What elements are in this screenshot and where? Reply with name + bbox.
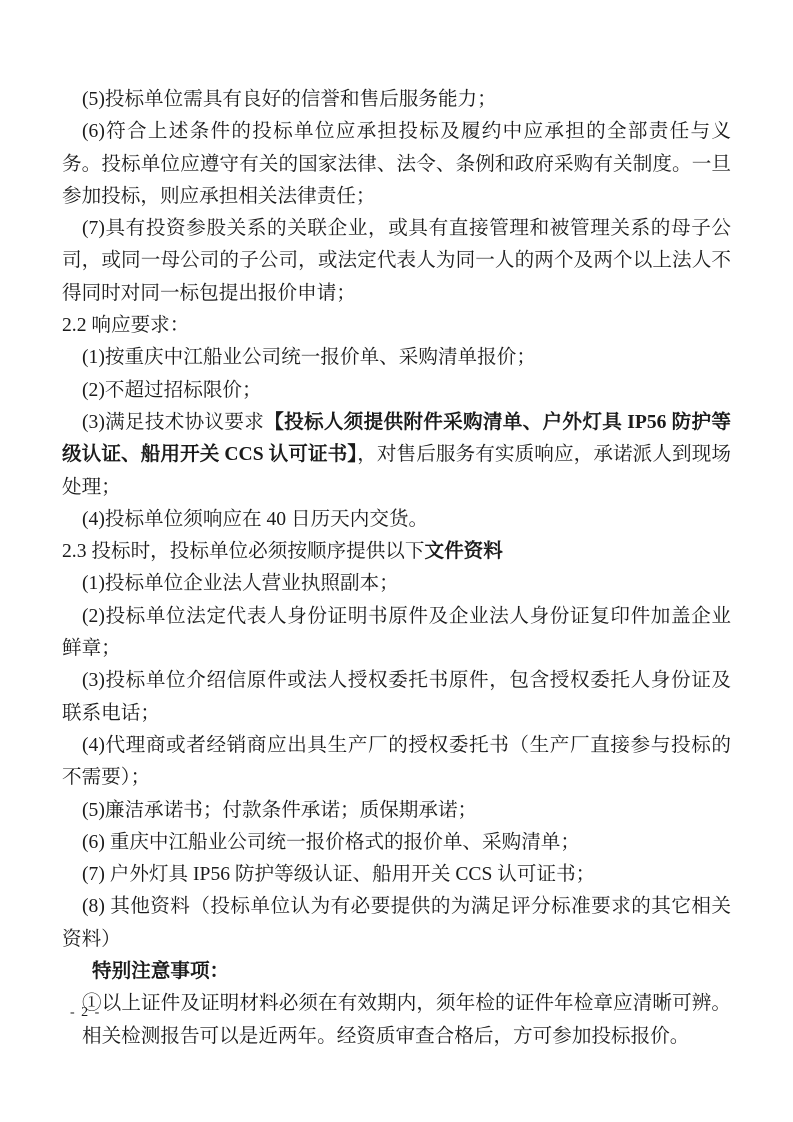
- text-run: (4)代理商或者经销商应出具生产厂的授权委托书（生产厂直接参与投标的不需要）；: [62, 735, 731, 788]
- paragraph: 2.3 投标时，投标单位必须按顺序提供以下文件资料: [62, 536, 731, 568]
- text-run: (7) 户外灯具 IP56 防护等级认证、船用开关 CCS 认可证书；: [82, 864, 595, 885]
- text-run: (6)符合上述条件的投标单位应承担投标及履约中应承担的全部责任与义务。投标单位应…: [62, 121, 731, 207]
- paragraph: (6) 重庆中江船业公司统一报价格式的报价单、采购清单；: [62, 827, 731, 859]
- paragraph: (2)投标单位法定代表人身份证明书原件及企业法人身份证复印件加盖企业鲜章；: [62, 601, 731, 666]
- text-run: (5)投标单位需具有良好的信誉和售后服务能力；: [82, 89, 497, 110]
- bold-text-run: 文件资料: [424, 541, 502, 562]
- bold-text-run: 特别注意事项：: [92, 961, 229, 982]
- paragraph: (5)投标单位需具有良好的信誉和售后服务能力；: [62, 84, 731, 116]
- paragraph: (7) 户外灯具 IP56 防护等级认证、船用开关 CCS 认可证书；: [62, 859, 731, 891]
- paragraph: (4)投标单位须响应在 40 日历天内交货。: [62, 504, 731, 536]
- paragraph: (1)投标单位企业法人营业执照副本；: [62, 568, 731, 600]
- text-run: 2.3 投标时，投标单位必须按顺序提供以下: [62, 541, 424, 562]
- text-run: (7)具有投资参股关系的关联企业，或具有直接管理和被管理关系的母子公司，或同一母…: [62, 218, 731, 304]
- paragraph: ①以上证件及证明材料必须在有效期内，须年检的证件年检章应清晰可辨。相关检测报告可…: [62, 988, 731, 1053]
- paragraph: 特别注意事项：: [62, 956, 731, 988]
- paragraph: (4)代理商或者经销商应出具生产厂的授权委托书（生产厂直接参与投标的不需要）；: [62, 730, 731, 795]
- paragraph: (3)满足技术协议要求【投标人须提供附件采购清单、户外灯具 IP56 防护等级认…: [62, 407, 731, 504]
- text-run: (6) 重庆中江船业公司统一报价格式的报价单、采购清单；: [82, 832, 580, 853]
- page-number: - 2 -: [70, 1004, 101, 1022]
- text-run: (2)不超过招标限价；: [82, 380, 262, 401]
- paragraph: 2.2 响应要求：: [62, 310, 731, 342]
- text-run: (1)按重庆中江船业公司统一报价单、采购清单报价；: [82, 347, 536, 368]
- paragraph: (6)符合上述条件的投标单位应承担投标及履约中应承担的全部责任与义务。投标单位应…: [62, 116, 731, 213]
- paragraph: (7)具有投资参股关系的关联企业，或具有直接管理和被管理关系的母子公司，或同一母…: [62, 213, 731, 310]
- text-run: (3)满足技术协议要求: [82, 412, 264, 433]
- paragraph: (2)不超过招标限价；: [62, 375, 731, 407]
- text-run: (2)投标单位法定代表人身份证明书原件及企业法人身份证复印件加盖企业鲜章；: [62, 606, 731, 659]
- text-run: (5)廉洁承诺书；付款条件承诺；质保期承诺；: [82, 800, 477, 821]
- document-body: (5)投标单位需具有良好的信誉和售后服务能力；(6)符合上述条件的投标单位应承担…: [62, 84, 731, 1053]
- text-run: (4)投标单位须响应在 40 日历天内交货。: [82, 509, 428, 530]
- document-page: (5)投标单位需具有良好的信誉和售后服务能力；(6)符合上述条件的投标单位应承担…: [0, 0, 793, 1122]
- paragraph: (1)按重庆中江船业公司统一报价单、采购清单报价；: [62, 342, 731, 374]
- paragraph: (5)廉洁承诺书；付款条件承诺；质保期承诺；: [62, 795, 731, 827]
- text-run: (3)投标单位介绍信原件或法人授权委托书原件，包含授权委托人身份证及联系电话；: [62, 670, 731, 723]
- paragraph: (3)投标单位介绍信原件或法人授权委托书原件，包含授权委托人身份证及联系电话；: [62, 665, 731, 730]
- text-run: (8) 其他资料（投标单位认为有必要提供的为满足评分标准要求的其它相关资料）: [62, 896, 731, 949]
- text-run: (1)投标单位企业法人营业执照副本；: [82, 573, 399, 594]
- text-run: ①以上证件及证明材料必须在有效期内，须年检的证件年检章应清晰可辨。相关检测报告可…: [82, 993, 731, 1046]
- text-run: 2.2 响应要求：: [62, 315, 189, 336]
- paragraph: (8) 其他资料（投标单位认为有必要提供的为满足评分标准要求的其它相关资料）: [62, 891, 731, 956]
